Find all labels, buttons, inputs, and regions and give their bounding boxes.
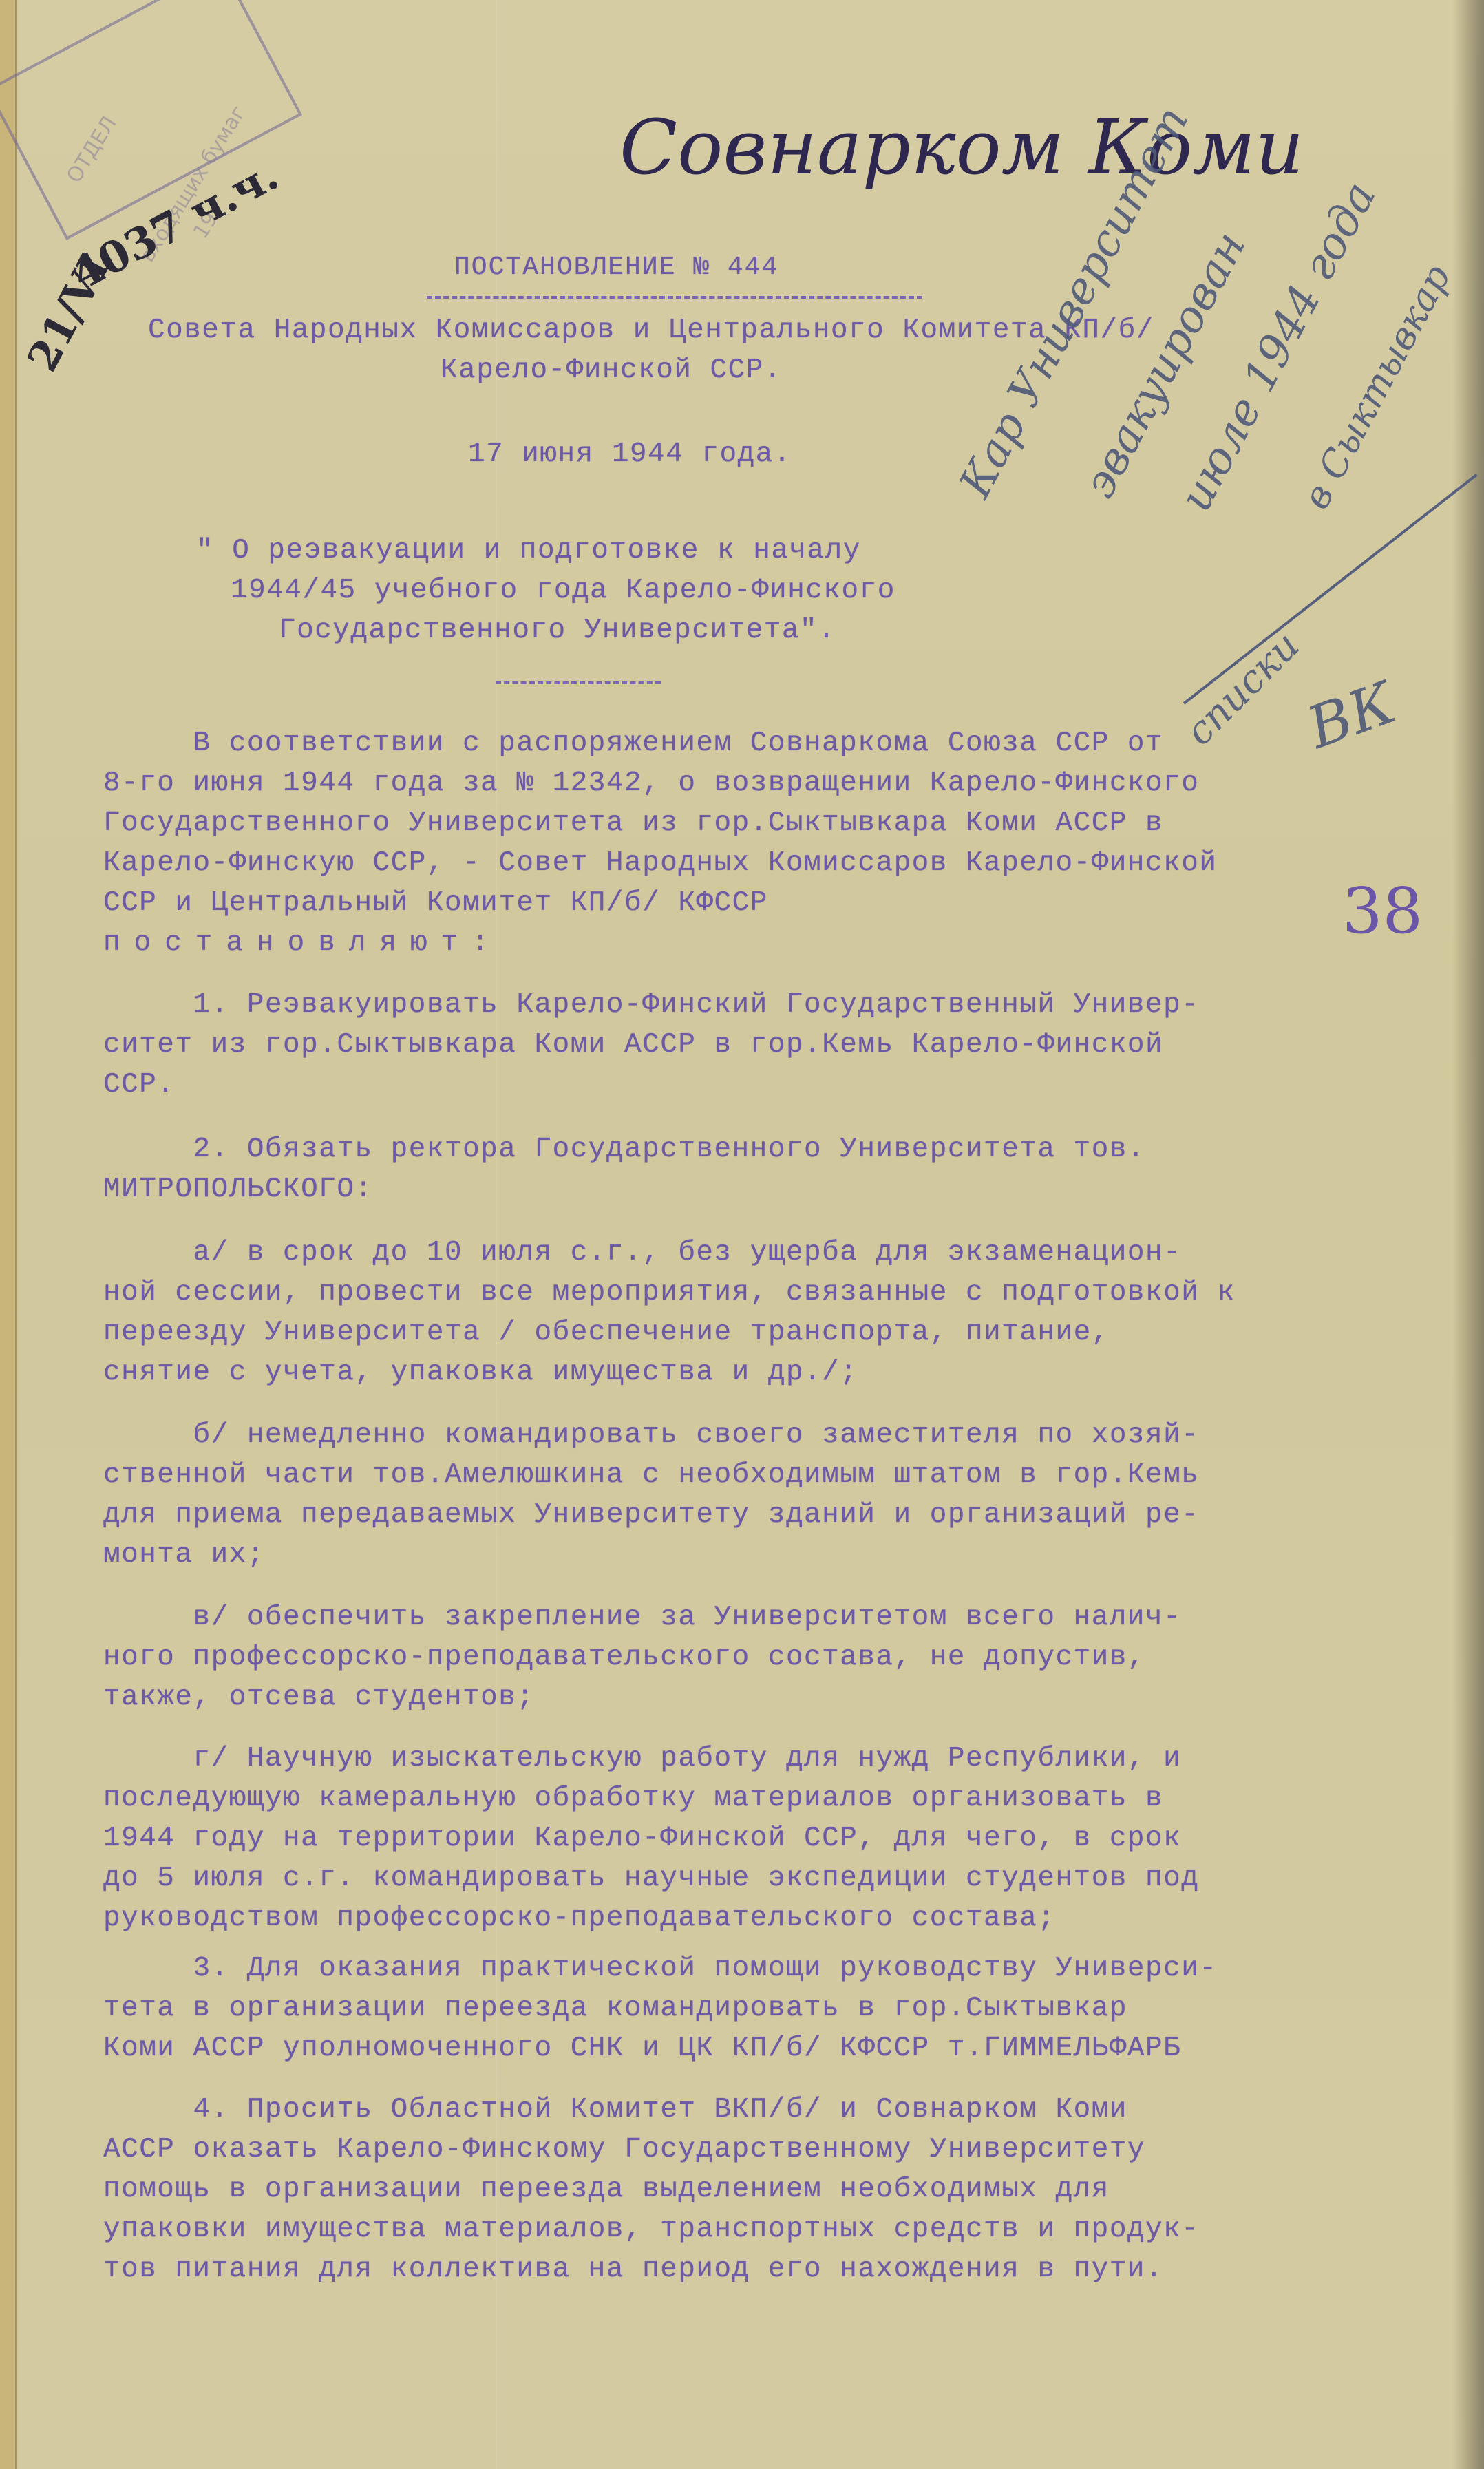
preamble-line-5: ССР и Центральный Комитет КП/б/ КФССР — [103, 889, 768, 918]
preamble-line-1: В соответствии с распоряжением Совнарком… — [103, 730, 1163, 758]
binding-edge — [0, 0, 17, 2469]
pencil-initials: ВК — [1299, 668, 1404, 761]
item-4-line-3: помощь в организации переезда выделением… — [103, 2176, 1110, 2204]
item-2v-line-1: в/ обеспечить закрепление за Университет… — [103, 1604, 1181, 1632]
item-4-line-4: упаковки имущества материалов, транспорт… — [103, 2216, 1199, 2244]
item-1-line-2: ситет из гор.Сыктывкара Коми АССР в гор.… — [103, 1031, 1163, 1059]
item-2a-line-3: переезду Университета / обеспечение тран… — [103, 1319, 1110, 1347]
preamble-line-4: Карело-Финскую ССР, - Совет Народных Ком… — [103, 849, 1217, 878]
title-divider — [427, 296, 922, 299]
stamp-handwritten-date: 21/VI — [19, 247, 119, 379]
item-2v-line-2: ного профессорско-преподавательского сос… — [103, 1644, 1145, 1672]
item-4-line-2: АССР оказать Карело-Финскому Государстве… — [103, 2136, 1145, 2164]
item-2g-line-5: руководством профессорско-преподавательс… — [103, 1905, 1056, 1933]
item-2b-line-1: б/ немедленно командировать своего замес… — [103, 1421, 1199, 1450]
item-2-line-2: МИТРОПОЛЬСКОГО: — [103, 1176, 373, 1204]
page-number: 38 — [1342, 874, 1423, 948]
pencil-annotation-line-5: списки — [1177, 623, 1308, 754]
subject-line-2: 1944/45 учебного года Карело-Финского — [231, 577, 895, 605]
subject-line-3: Государственного Университета". — [279, 617, 836, 645]
issuer-line-2: Карело-Финской ССР. — [441, 357, 782, 385]
subject-line-1: " О реэвакуации и подготовке к началу — [196, 537, 861, 565]
item-1-line-1: 1. Реэвакуировать Карело-Финский Государ… — [103, 991, 1199, 1019]
preamble-line-2: 8-го июня 1944 года за № 12342, о возвра… — [103, 770, 1199, 798]
issuer-line-1: Совета Народных Комиссаров и Центральног… — [148, 317, 1154, 345]
item-2b-line-4: монта их; — [103, 1541, 265, 1569]
resolves-heading: постановляют: — [103, 929, 502, 957]
subject-divider — [496, 681, 661, 684]
item-2v-line-3: также, отсева студентов; — [103, 1684, 535, 1712]
item-2b-line-2: ственной части тов.Амелюшкина с необходи… — [103, 1461, 1199, 1490]
item-2g-line-3: 1944 году на территории Карело-Финской С… — [103, 1825, 1181, 1853]
handwritten-header: Совнарком Коми — [619, 103, 1304, 191]
item-4-line-5: тов питания для коллектива на период его… — [103, 2256, 1163, 2284]
item-1-line-3: ССР. — [103, 1071, 175, 1099]
item-2-line-1: 2. Обязать ректора Государственного Унив… — [103, 1136, 1145, 1164]
item-2a-line-4: снятие с учета, упаковка имущества и др.… — [103, 1359, 858, 1387]
item-2b-line-3: для приема передаваемых Университету зда… — [103, 1501, 1199, 1529]
document-date: 17 июня 1944 года. — [468, 441, 792, 469]
item-3-line-3: Коми АССР уполномоченного СНК и ЦК КП/б/… — [103, 2035, 1181, 2063]
item-3-line-1: 3. Для оказания практической помощи руко… — [103, 1955, 1217, 1983]
document-title: ПОСТАНОВЛЕНИЕ № 444 — [454, 255, 778, 281]
item-2g-line-4: до 5 июля с.г. командировать научные экс… — [103, 1865, 1199, 1893]
item-2g-line-1: г/ Научную изыскательскую работу для нуж… — [103, 1745, 1181, 1773]
item-4-line-1: 4. Просить Областной Комитет ВКП/б/ и Со… — [103, 2096, 1127, 2124]
item-2a-line-1: а/ в срок до 10 июля с.г., без ущерба дл… — [103, 1239, 1181, 1267]
preamble-line-3: Государственного Университета из гор.Сык… — [103, 809, 1163, 838]
archival-document-page: ОТДЕЛ входящих бумаг 19 4037 ч.ч. 21/VI … — [0, 0, 1484, 2469]
item-3-line-2: тета в организации переезда командироват… — [103, 1995, 1127, 2023]
item-2g-line-2: последующую камеральную обработку матери… — [103, 1785, 1163, 1813]
item-2a-line-2: ной сессии, провести все мероприятия, св… — [103, 1279, 1236, 1307]
